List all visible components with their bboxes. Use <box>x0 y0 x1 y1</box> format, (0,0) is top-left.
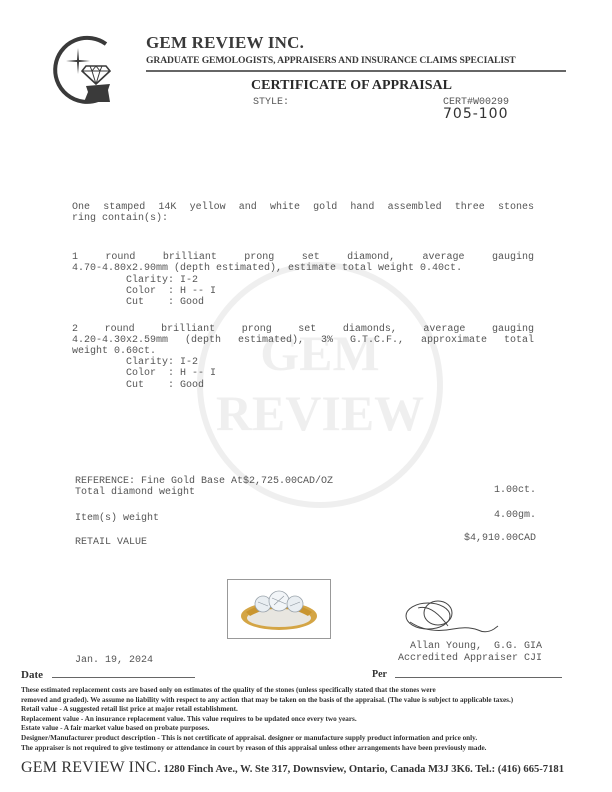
per-label: Per <box>372 669 387 680</box>
appraiser-title: Accredited Appraiser CJI <box>398 653 542 664</box>
date-line <box>52 677 195 678</box>
ring-icon <box>228 580 330 638</box>
footer-address: 1280 Finch Ave., W. Ste 317, Downsview, … <box>161 764 564 775</box>
retail-value-amount: $4,910.00CAD <box>464 533 536 544</box>
stone-group-2-line3: weight 0.60ct. <box>72 346 534 357</box>
appraisal-date: Jan. 19, 2024 <box>75 655 153 666</box>
stone-group-2-color: Color : H -- I <box>126 368 216 379</box>
footer: GEM REVIEW INC. 1280 Finch Ave., W. Ste … <box>21 759 564 777</box>
stone-group-2-clarity: Clarity: I-2 <box>126 357 198 368</box>
company-name: GEM REVIEW INC. <box>146 33 304 53</box>
handwritten-code: 705-100 <box>443 106 509 122</box>
header-divider <box>146 70 566 72</box>
gold-reference: REFERENCE: Fine Gold Base At$2,725.00CAD… <box>75 476 333 487</box>
disclaimer: These estimated replacement costs are ba… <box>21 686 607 753</box>
disclaimer-line: removed and graded). We assume no liabil… <box>21 696 607 706</box>
svg-text:REVIEW: REVIEW <box>216 385 424 441</box>
disclaimer-line: Replacement value - An insurance replace… <box>21 715 607 725</box>
stone-group-2-cut: Cut : Good <box>126 380 204 391</box>
appraiser-name: Allan Young, G.G. GIA <box>410 641 542 652</box>
stone-group-1-line1: 1 round brilliant prong set diamond, ave… <box>72 252 534 263</box>
disclaimer-line: The appraiser is not required to give te… <box>21 744 607 754</box>
stone-group-1-line2: 4.70-4.80x2.90mm (depth estimated), esti… <box>72 263 534 274</box>
disclaimer-line: Designer/Manufacturer product descriptio… <box>21 734 607 744</box>
per-signature-line <box>395 677 562 678</box>
stone-group-2-line1: 2 round brilliant prong set diamonds, av… <box>72 324 534 335</box>
document-title: CERTIFICATE OF APPRAISAL <box>251 78 452 94</box>
retail-value-label: RETAIL VALUE <box>75 537 147 548</box>
ring-photo <box>227 579 331 639</box>
disclaimer-line: These estimated replacement costs are ba… <box>21 686 607 696</box>
disclaimer-line: Estate value - A fair market value based… <box>21 724 607 734</box>
company-tagline: GRADUATE GEMOLOGISTS, APPRAISERS AND INS… <box>146 55 516 66</box>
stone-group-1-clarity: Clarity: I-2 <box>126 275 198 286</box>
stone-group-2-line2: 4.20-4.30x2.59mm (depth estimated), 3% G… <box>72 335 534 346</box>
disclaimer-line: Retail value - A suggested retail list p… <box>21 705 607 715</box>
footer-company-name: GEM REVIEW INC. <box>21 759 161 776</box>
total-diamond-weight-label: Total diamond weight <box>75 487 195 498</box>
item-weight-value: 4.00gm. <box>494 510 536 521</box>
item-weight-label: Item(s) weight <box>75 513 159 524</box>
item-description-line1: One stamped 14K yellow and white gold ha… <box>72 202 534 213</box>
stone-group-1-cut: Cut : Good <box>126 297 204 308</box>
total-diamond-weight-value: 1.00ct. <box>494 485 536 496</box>
style-label: STYLE: <box>253 97 289 108</box>
appraiser-signature <box>398 596 513 638</box>
appraiser-name-title: Allan Young, G.G. GIA Accredited Apprais… <box>398 641 542 665</box>
date-label: Date <box>21 669 43 681</box>
company-logo-icon <box>48 34 120 106</box>
item-description-line2: ring contain(s): <box>72 213 534 224</box>
stone-group-1-color: Color : H -- I <box>126 286 216 297</box>
